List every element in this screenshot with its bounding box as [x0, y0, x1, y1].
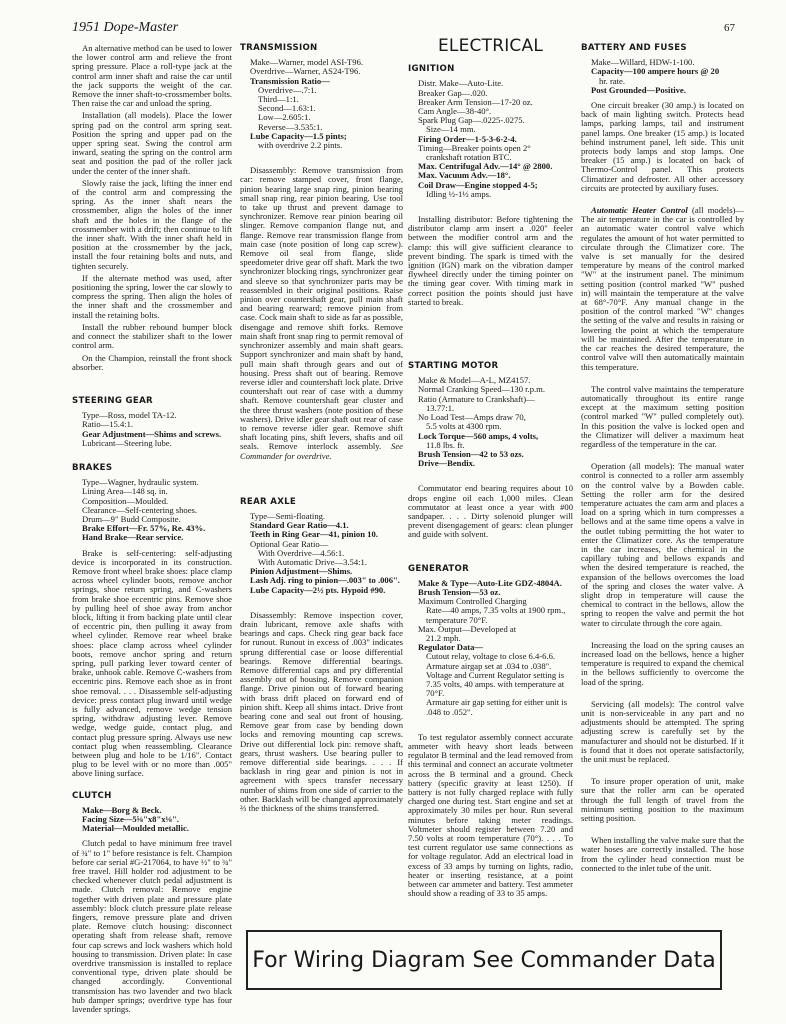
banner-text: For Wiring Diagram See Commander Data — [252, 948, 715, 973]
section-title-clutch: CLUTCH — [72, 792, 232, 801]
clutch-body: Clutch pedal to have minimum free travel… — [72, 839, 232, 1014]
spec-line: Rate—40 amps, 7.35 volts at 1900 rpm., t… — [418, 606, 573, 624]
transmission-body: Disassembly: Remove transmission from ca… — [240, 166, 403, 461]
section-title-rear-axle: REAR AXLE — [240, 498, 403, 507]
section-title-generator: GENERATOR — [408, 565, 573, 574]
rear-axle-body: Disassembly: Remove inspection cover, dr… — [240, 611, 403, 813]
spec-line: Voltage and Current Regulator setting is… — [418, 671, 573, 699]
generator-body: To test regulator assembly connect accur… — [408, 733, 573, 899]
spec-line: Post Grounded—Positive. — [591, 86, 744, 95]
heater-paragraph-4: Increasing the load on the spring causes… — [581, 641, 744, 687]
ignition-specs: Distr. Make—Auto-Lite. Breaker Gap—.020.… — [418, 79, 573, 199]
heater-paragraph-2: The control valve maintains the temperat… — [581, 385, 744, 449]
intro-paragraph: Installation (all models). Place the low… — [72, 111, 232, 175]
wiring-diagram-banner: For Wiring Diagram See Commander Data — [246, 930, 722, 990]
section-title-battery-and-fuses: BATTERY AND FUSES — [581, 44, 744, 53]
column-3: ELECTRICAL IGNITION Distr. Make—Auto-Lit… — [408, 44, 573, 901]
spec-line: Lube Capacity—2½ pts. Hypoid #90. — [250, 586, 403, 595]
spec-line: Hand Brake—Rear service. — [82, 533, 232, 542]
section-title-steering-gear: STEERING GEAR — [72, 397, 232, 406]
starting-motor-body: Commutator end bearing requires about 10… — [408, 484, 573, 539]
spec-line: Idling ½-1½ amps. — [418, 190, 573, 199]
section-title-electrical: ELECTRICAL — [408, 42, 573, 51]
spec-line: Lubricant—Steering lube. — [82, 439, 232, 448]
page-number: 67 — [724, 22, 735, 34]
heater-paragraph-1: Automatic Heater Control (all models)—Th… — [581, 206, 744, 372]
starting-motor-specs: Make & Model—A-L, MZ4157. Normal Crankin… — [418, 376, 573, 468]
transmission-specs: Make—Warner, model ASI-T96. Overdrive—Wa… — [250, 58, 403, 150]
spec-line: Material—Moulded metallic. — [82, 824, 232, 833]
intro-paragraph: On the Champion, reinstall the front sho… — [72, 354, 232, 372]
intro-paragraph: Slowly raise the jack, lifting the inner… — [72, 179, 232, 271]
column-4: BATTERY AND FUSES Make—Willard, HDW-1-10… — [581, 44, 744, 876]
intro-paragraph: If the alternate method was used, after … — [72, 274, 232, 320]
section-title-ignition: IGNITION — [408, 65, 573, 74]
rear-axle-specs: Type—Semi-floating. Standard Gear Ratio—… — [250, 512, 403, 595]
spec-line: Drive—Bendix. — [418, 459, 573, 468]
section-title-transmission: TRANSMISSION — [240, 44, 403, 53]
brakes-body: Brake is self-centering: self-adjusting … — [72, 549, 232, 779]
steering-gear-specs: Type—Ross, model TA-12. Ratio—15.4:1. Ge… — [82, 411, 232, 448]
heater-paragraph-7: When installing the valve make sure that… — [581, 836, 744, 873]
battery-specs: Make—Willard, HDW-1-100. Capacity—100 am… — [591, 58, 744, 95]
column-1: An alternative method can be used to low… — [72, 44, 232, 1017]
page-header-title: 1951 Dope-Master — [72, 20, 178, 36]
clutch-specs: Make—Borg & Beck. Facing Size—5⅝"x8"x⅛".… — [82, 806, 232, 834]
intro-paragraph: An alternative method can be used to low… — [72, 44, 232, 108]
section-title-starting-motor: STARTING MOTOR — [408, 362, 573, 371]
brakes-specs: Type—Wagner, hydraulic system. Lining Ar… — [82, 478, 232, 542]
section-title-brakes: BRAKES — [72, 464, 232, 473]
spec-line: with overdrive 2.2 pints. — [250, 141, 403, 150]
ignition-body: Installing distributor: Before tightenin… — [408, 215, 573, 307]
heater-paragraph-6: To insure proper operation of unit, make… — [581, 777, 744, 823]
spec-line: Armature air gap setting for either unit… — [418, 698, 573, 716]
column-2: TRANSMISSION Make—Warner, model ASI-T96.… — [240, 44, 403, 816]
battery-body: One circuit breaker (30 amp.) is located… — [581, 101, 744, 193]
generator-specs: Make & Type—Auto-Lite GDZ-4804A. Brush T… — [418, 579, 573, 717]
intro-paragraph: Install the rubber rebound bumper block … — [72, 323, 232, 351]
heater-paragraph-5: Servicing (all models): The control valv… — [581, 700, 744, 764]
heater-paragraph-3: Operation (all models): The manual water… — [581, 462, 744, 628]
spec-line: Cutout relay, voltage to close 6.4-6.6. … — [418, 652, 573, 670]
